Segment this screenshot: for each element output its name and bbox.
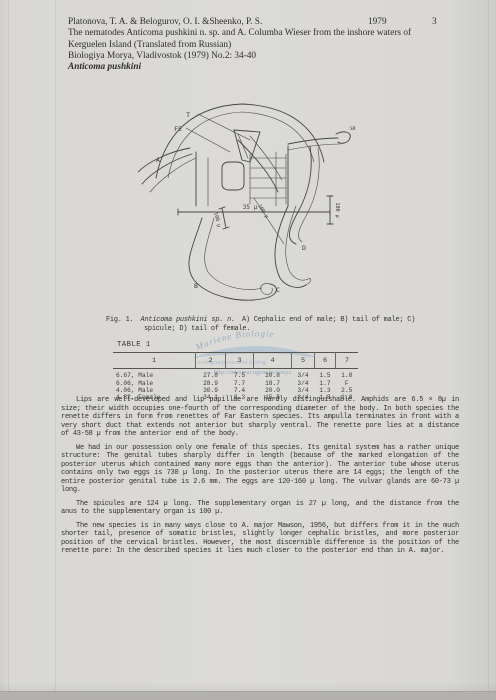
female-tail-drawing <box>289 146 319 244</box>
cephalic-end-drawing <box>138 104 350 206</box>
figure-caption: Fig. 1.Anticoma pushkini sp. n.A) Cephal… <box>106 316 430 333</box>
title-line-2: Kerguelen Island (Translated from Russia… <box>68 40 468 51</box>
male-tail-drawing <box>189 218 276 300</box>
table-cell: 7.7 <box>226 379 254 386</box>
table-header-cell: 1 <box>113 353 196 369</box>
table-cell: 30.9 <box>196 387 226 394</box>
label-d: D <box>302 244 306 252</box>
table-title: TABLE 1 <box>117 341 151 349</box>
table-cell: 18.7 <box>254 379 292 386</box>
table-header-row: 1 2 3 4 5 6 7 <box>113 353 358 369</box>
table-cell: 3/4 <box>292 369 315 380</box>
table-cell: 1.7 <box>315 379 336 386</box>
figure-1: 35 µ 100 µ 100 µ <box>138 100 398 312</box>
table-cell: 4.06, Male <box>113 387 196 394</box>
paper-crease-line <box>55 0 56 700</box>
label-c: C <box>276 286 280 294</box>
scale-bar-tail-b: 100 µ <box>212 207 229 229</box>
paragraph-lips-renette: Lips are well-developed and lip papillae… <box>61 396 459 439</box>
paragraph-spicules: The spicules are 124 µ long. The supplem… <box>61 500 459 517</box>
table-header-cell: 7 <box>336 353 359 369</box>
table-row: 4.06, Male 30.9 7.4 20.0 3/4 1.3 2.5 <box>113 387 358 394</box>
publication-year: 1979 <box>368 17 387 28</box>
label-t: T <box>186 111 190 119</box>
table-cell: 20.8 <box>254 369 292 380</box>
scanned-page: Platonova, T. A. & Belogurov, O. I. &She… <box>0 0 496 700</box>
caption-species: Anticoma pushkini sp. n. <box>141 316 235 324</box>
paragraph-species-comparison: The new species is in many ways close to… <box>61 522 459 556</box>
table-row: 6.06, Male 28.9 7.7 18.7 3/4 1.7 F <box>113 379 358 386</box>
table-header-cell: 6 <box>315 353 336 369</box>
table-cell: 27.8 <box>196 369 226 380</box>
paper-crease-line <box>8 0 9 700</box>
authors-line: Platonova, T. A. & Belogurov, O. I. &She… <box>68 17 468 28</box>
table-cell: 1.5 <box>315 369 336 380</box>
table-cell: 20.0 <box>254 387 292 394</box>
table-header-cell: 2 <box>196 353 226 369</box>
authors-text: Platonova, T. A. & Belogurov, O. I. &She… <box>68 17 262 27</box>
body-text: Lips are well-developed and lip papillae… <box>61 396 459 561</box>
paragraph-female-genital-system: We had in our possession only one female… <box>61 444 459 495</box>
scale-bar-tail-d-label: 100 µ <box>334 202 340 217</box>
label-b: B <box>194 282 198 290</box>
table-cell: 6.67, Male <box>113 369 196 380</box>
nematode-line-drawing: 35 µ 100 µ 100 µ <box>138 100 398 312</box>
journal-reference: Biologiya Morya, Vladivostok (1979) No.2… <box>68 51 468 62</box>
table-row: 6.67, Male 27.8 7.5 20.8 3/4 1.5 1.8 <box>113 369 358 380</box>
table-header: 1 2 3 4 5 6 7 <box>113 353 358 369</box>
table-cell: 2.5 <box>336 387 359 394</box>
page-number: 3 <box>432 17 437 28</box>
label-fe: FE <box>174 125 182 133</box>
table-cell: 3/4 <box>292 387 315 394</box>
table-header-cell: 4 <box>254 353 292 369</box>
scanner-edge-band <box>0 691 496 700</box>
morphometrics-table: 1 2 3 4 5 6 7 6.67, Male 27.8 7.5 20.8 3… <box>113 352 358 402</box>
table-cell: 28.9 <box>196 379 226 386</box>
label-a: A <box>156 156 160 164</box>
label-sr: SR <box>350 126 356 132</box>
spicule-drawing: 100 µ <box>254 198 311 287</box>
scale-spicule-label: 100 µ <box>256 204 269 220</box>
paper-crease-line <box>488 0 489 700</box>
species-heading: Anticoma pushkini <box>68 62 468 73</box>
table-cell: 6.06, Male <box>113 379 196 386</box>
table-header-cell: 3 <box>226 353 254 369</box>
table-cell: 7.4 <box>226 387 254 394</box>
table-cell: 1.8 <box>336 369 359 380</box>
table-cell: 1.3 <box>315 387 336 394</box>
scale-bar-tail-d: 100 µ <box>327 196 340 224</box>
table-cell: F <box>336 379 359 386</box>
citation-header: Platonova, T. A. & Belogurov, O. I. &She… <box>68 17 468 73</box>
title-line-1: The nematodes Anticoma pushkini n. sp. a… <box>68 28 468 39</box>
table-cell: 7.5 <box>226 369 254 380</box>
table-header-cell: 5 <box>292 353 315 369</box>
table-cell: 3/4 <box>292 379 315 386</box>
scale-bar-35-label: 35 µ <box>243 204 258 211</box>
caption-prefix: Fig. 1. <box>106 316 134 324</box>
